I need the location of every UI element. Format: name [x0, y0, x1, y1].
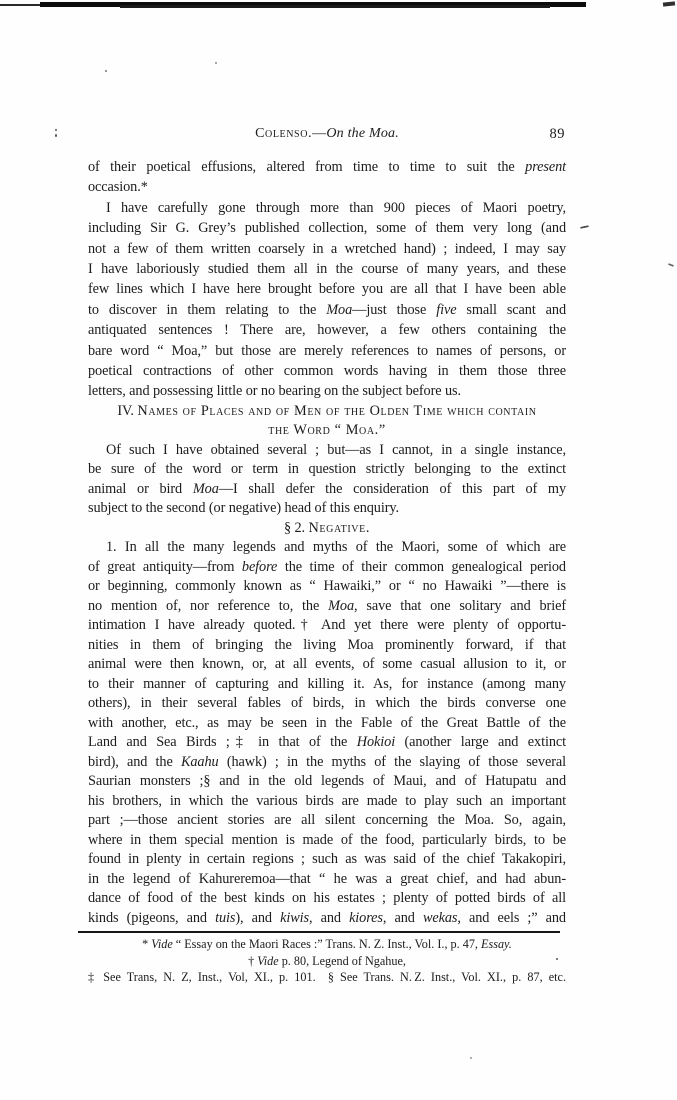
body-text: p. 80, Legend of Ngahue,	[279, 954, 406, 968]
body-text: bird), and the	[88, 754, 181, 770]
footnote-line: † Vide p. 80, Legend of Ngahue,	[88, 953, 566, 970]
text-line: be sure of the word or term in question …	[88, 460, 566, 480]
running-header-title: Colenso.—On the Moa.	[88, 126, 566, 142]
body-text: intimation I have already quoted.† And y…	[88, 617, 566, 633]
text-line: nities in them of bringing the living Mo…	[88, 636, 566, 656]
scanned-page: Colenso.—On the Moa. 89 of their poetica…	[0, 0, 677, 1100]
page-body: of their poetical effusions, altered fro…	[88, 157, 566, 928]
text-line: dance of food of the best kinds on his e…	[88, 889, 566, 909]
italic-text: five	[436, 302, 456, 318]
text-line: in the legend of Kahureremoa—that “ he w…	[88, 870, 566, 890]
italic-text: present	[525, 159, 566, 175]
body-text: no mention of, nor reference to, the	[88, 598, 328, 614]
body-text: or beginning, commonly known as “ Hawaik…	[88, 578, 566, 594]
body-text: where in them special mention is made of…	[88, 832, 566, 848]
body-text: animal or bird	[88, 481, 193, 497]
smallcaps-text: Negative.	[309, 520, 371, 536]
text-line: I have laboriously studied them all in t…	[88, 259, 566, 279]
body-text: to their manner of capturing and killing…	[88, 676, 566, 692]
body-text: Land and Sea Birds ;‡ in that of the	[88, 734, 357, 750]
body-text: Of such I have obtained several ; but—as…	[106, 442, 566, 458]
body-text: bare word “ Moa,” but those are merely r…	[88, 343, 566, 359]
body-text: Saurian monsters ;§ and in the old legen…	[88, 773, 566, 789]
body-text: kinds (pigeons, and	[88, 910, 215, 926]
margin-tick	[580, 225, 589, 229]
work-title: On the Moa.	[326, 126, 399, 141]
text-line: antiquated sentences ! There are, howeve…	[88, 320, 566, 340]
body-text: animal were then known, or, at all event…	[88, 656, 566, 672]
body-text: poetical contractions of other common wo…	[88, 363, 566, 379]
body-text: , and	[309, 910, 349, 926]
ink-speck	[55, 134, 57, 137]
text-line: where in them special mention is made of…	[88, 831, 566, 851]
body-text: I have carefully gone through more than …	[106, 200, 566, 216]
footnote-line: * Vide “ Essay on the Maori Races :” Tra…	[88, 936, 566, 953]
text-line: or beginning, commonly known as “ Hawaik…	[88, 577, 566, 597]
text-line: with another, etc., as may be seen in th…	[88, 714, 566, 734]
text-line: bare word “ Moa,” but those are merely r…	[88, 341, 566, 361]
body-text: ), and	[235, 910, 280, 926]
italic-text: kiwis	[280, 910, 309, 926]
body-text: —I shall defer the consideration of this…	[219, 481, 566, 497]
margin-tick	[668, 263, 674, 267]
body-text: (another large and extinct	[395, 734, 566, 750]
body-text: antiquated sentences ! There are, howeve…	[88, 322, 566, 338]
italic-text: Vide	[151, 937, 172, 951]
body-text: including Sir G. Grey’s published collec…	[88, 220, 566, 236]
author-name: Colenso.	[255, 126, 312, 141]
text-line: Land and Sea Birds ;‡ in that of the Hok…	[88, 733, 566, 753]
italic-text: Kaahu	[181, 754, 219, 770]
body-text: †	[248, 954, 257, 968]
body-text: occasion.*	[88, 179, 148, 195]
text-line: occasion.*	[88, 177, 566, 197]
text-line: others), in their several fables of bird…	[88, 694, 566, 714]
text-line: found in plenty in certain regions ; suc…	[88, 850, 566, 870]
text-line: animal or bird Moa—I shall defer the con…	[88, 480, 566, 500]
ink-speck	[470, 1057, 472, 1059]
italic-text: Moa	[193, 481, 219, 497]
body-text: of great antiquity—from	[88, 559, 242, 575]
italic-text: Hokioi	[357, 734, 395, 750]
text-line: bird), and the Kaahu (hawk) ; in the myt…	[88, 753, 566, 773]
body-text: be sure of the word or term in question …	[88, 461, 566, 477]
section-heading-line: § 2. Negative.	[88, 519, 566, 539]
text-line: not a few of them written coarsely in a …	[88, 239, 566, 259]
text-line: including Sir G. Grey’s published collec…	[88, 218, 566, 238]
body-text: , save that one solitary and brief	[354, 598, 566, 614]
footnote-separator-rule	[78, 931, 560, 933]
body-text: § 2.	[284, 520, 309, 536]
footnote-line: ‡ See Trans, N. Z, Inst., Vol, XI., p. 1…	[88, 969, 566, 986]
text-line: few lines which I have here brought befo…	[88, 279, 566, 299]
body-text: with another, etc., as may be seen in th…	[88, 715, 566, 731]
italic-text: Essay.	[481, 937, 512, 951]
text-line: Of such I have obtained several ; but—as…	[88, 441, 566, 461]
body-text: his brothers, in which the various birds…	[88, 793, 566, 809]
body-text: others), in their several fables of bird…	[88, 695, 566, 711]
body-text: of their poetical effusions, altered fro…	[88, 159, 525, 175]
scan-edge-mark	[663, 1, 675, 6]
body-text: *	[142, 937, 151, 951]
body-text: letters, and possessing little or no bea…	[88, 383, 461, 399]
body-text: to discover in them relating to the	[88, 302, 326, 318]
body-text: , and	[383, 910, 423, 926]
text-line: to discover in them relating to the Moa—…	[88, 300, 566, 320]
italic-text: tuis	[215, 910, 235, 926]
body-text: subject to the second (or negative) head…	[88, 500, 399, 516]
body-text: (hawk) ; in the myths of the slaying of …	[219, 754, 566, 770]
text-line: poetical contractions of other common wo…	[88, 361, 566, 381]
text-line: letters, and possessing little or no bea…	[88, 381, 566, 401]
text-line: I have carefully gone through more than …	[88, 198, 566, 218]
body-text: found in plenty in certain regions ; suc…	[88, 851, 566, 867]
section-heading-line: the Word “ Moa.”	[88, 421, 566, 441]
header-separator: —	[312, 126, 326, 141]
page-number: 89	[550, 126, 566, 143]
ink-speck	[215, 62, 217, 64]
body-text: ‡ See Trans, N. Z, Inst., Vol, XI., p. 1…	[88, 970, 566, 984]
body-text: —just those	[352, 302, 436, 318]
italic-text: kiores	[349, 910, 383, 926]
italic-text: Vide	[257, 954, 278, 968]
text-line: to their manner of capturing and killing…	[88, 675, 566, 695]
body-text: few lines which I have here brought befo…	[88, 281, 566, 297]
footnotes: * Vide “ Essay on the Maori Races :” Tra…	[88, 936, 566, 986]
body-text: , and eels ;” and	[457, 910, 566, 926]
italic-text: Moa	[328, 598, 354, 614]
ink-speck	[55, 129, 57, 131]
smallcaps-text: Names of Places and of Men of the Olden …	[137, 403, 536, 419]
text-line: intimation I have already quoted.† And y…	[88, 616, 566, 636]
text-line: of their poetical effusions, altered fro…	[88, 157, 566, 177]
body-text: the time of their common genealogical pe…	[277, 559, 566, 575]
body-text: “ Essay on the Maori Races :” Trans. N. …	[173, 937, 481, 951]
body-text: nities in them of bringing the living Mo…	[88, 637, 566, 653]
body-text: part ;—those ancient stories are all sil…	[88, 812, 566, 828]
italic-text: wekas	[423, 910, 457, 926]
running-header: Colenso.—On the Moa. 89	[88, 126, 566, 144]
body-text: I have laboriously studied them all in t…	[88, 261, 566, 277]
smallcaps-text: the Word “ Moa.”	[268, 422, 386, 438]
scan-edge-bar	[120, 5, 550, 8]
body-text: not a few of them written coarsely in a …	[88, 241, 566, 257]
text-line: kinds (pigeons, and tuis), and kiwis, an…	[88, 909, 566, 929]
body-text: IV.	[117, 403, 137, 419]
italic-text: Moa	[326, 302, 352, 318]
text-line: of great antiquity—from before the time …	[88, 558, 566, 578]
body-text: small scant and	[456, 302, 566, 318]
body-text: dance of food of the best kinds on his e…	[88, 890, 566, 906]
body-text: 1. In all the many legends and myths of …	[106, 539, 566, 555]
text-line: subject to the second (or negative) head…	[88, 499, 566, 519]
body-text: in the legend of Kahureremoa—that “ he w…	[88, 871, 566, 887]
ink-speck	[105, 70, 107, 72]
text-line: no mention of, nor reference to, the Moa…	[88, 597, 566, 617]
section-heading-line: IV. Names of Places and of Men of the Ol…	[88, 402, 566, 422]
text-line: 1. In all the many legends and myths of …	[88, 538, 566, 558]
italic-text: before	[242, 559, 277, 575]
text-line: Saurian monsters ;§ and in the old legen…	[88, 772, 566, 792]
text-line: his brothers, in which the various birds…	[88, 792, 566, 812]
text-line: part ;—those ancient stories are all sil…	[88, 811, 566, 831]
text-line: animal were then known, or, at all event…	[88, 655, 566, 675]
